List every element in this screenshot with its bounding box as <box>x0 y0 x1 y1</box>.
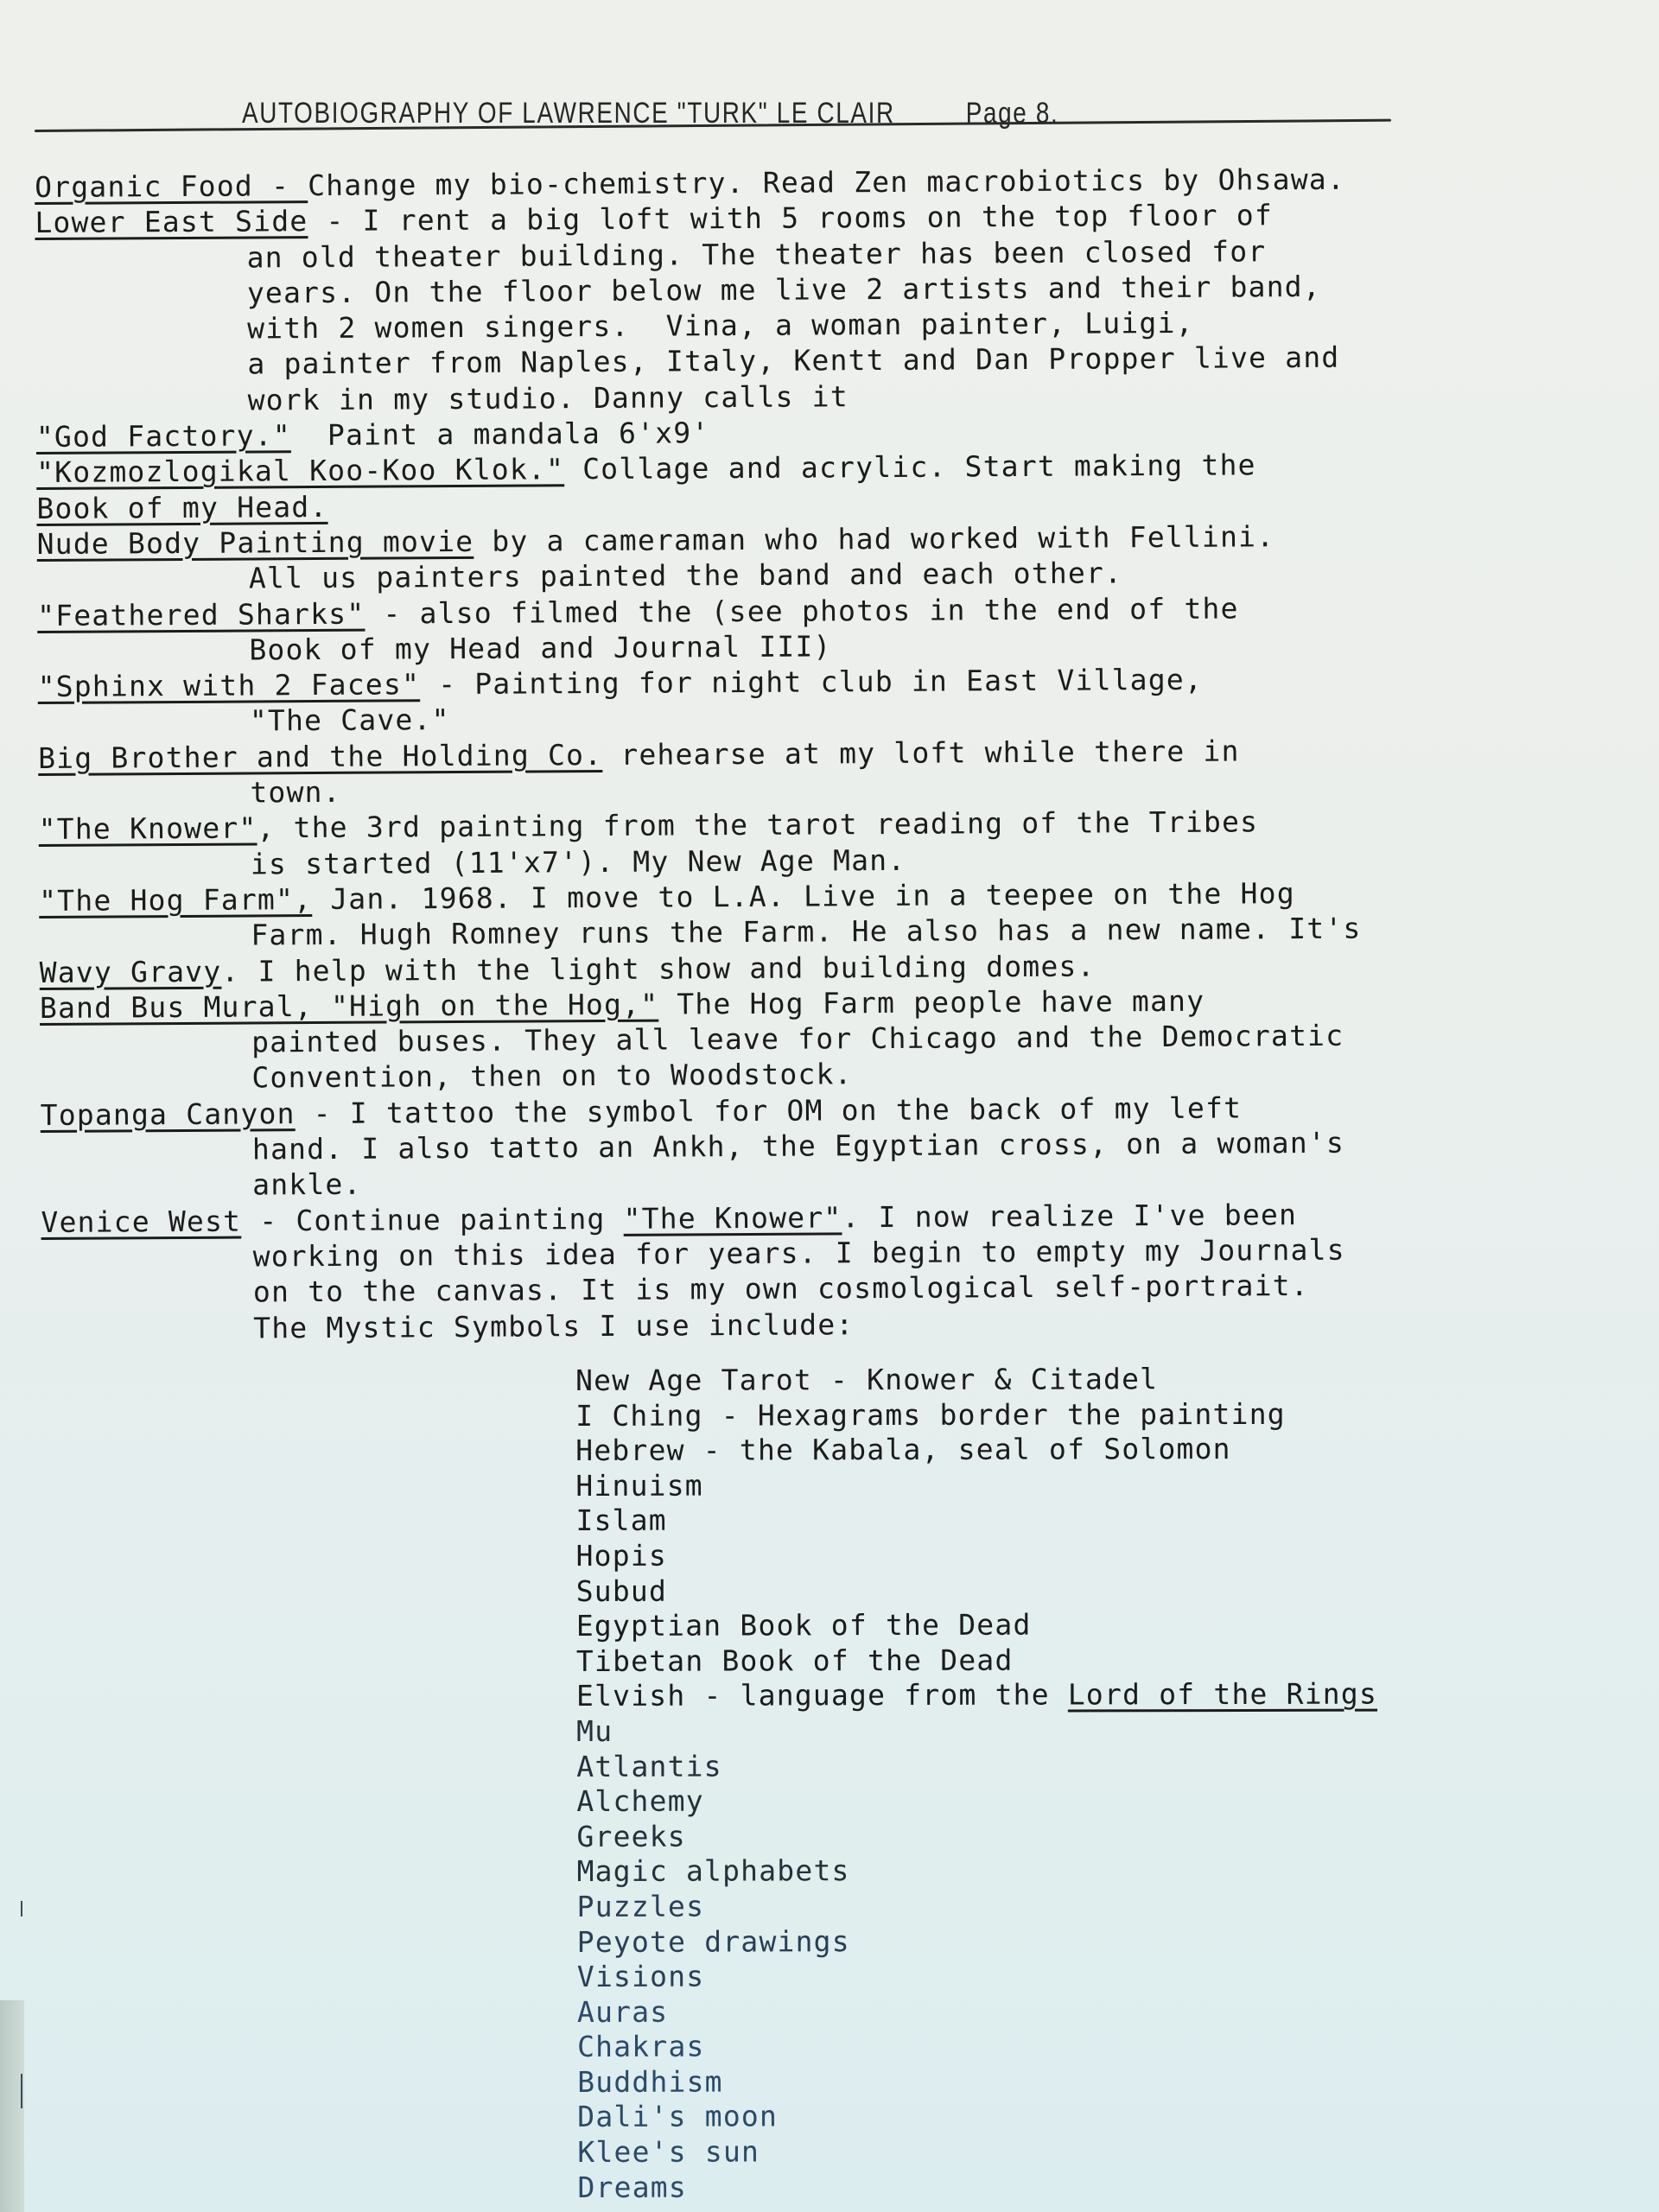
inline-title-the-knower: "The Knower" <box>623 1200 842 1236</box>
entry-heading: "Sphinx with 2 Faces" <box>38 667 421 703</box>
entry-text: , the 3rd painting from the tarot readin… <box>257 805 1258 845</box>
mystic-symbols-list: New Age Tarot - Knower & Citadel I Ching… <box>575 1362 1379 2206</box>
entry-text: Jan. 1968. I move to L.A. Live in a teep… <box>312 876 1295 916</box>
list-item: Hinuism <box>575 1466 1376 1503</box>
entry-heading: Organic Food - <box>35 168 308 204</box>
stray-mark <box>21 1901 22 1916</box>
list-item: Puzzles <box>577 1887 1378 1924</box>
entry-heading: Big Brother and the Holding Co. <box>38 738 602 775</box>
list-item: Magic alphabets <box>576 1853 1377 1890</box>
entry-text-after: . I now realize I've been <box>842 1198 1297 1234</box>
list-item: Klee's sun <box>577 2133 1378 2171</box>
entry-heading: Book of my Head. <box>36 490 327 525</box>
entry-heading: "Feathered Sharks" <box>37 596 365 632</box>
list-item: Alchemy <box>576 1783 1377 1820</box>
entry-heading: Band Bus Mural, "High on the Hog," <box>40 987 659 1024</box>
entry-text: . I help with the light show and buildin… <box>221 949 1095 988</box>
entry-heading: Wavy Gravy <box>40 954 222 988</box>
entry-text: Collage and acrylic. Start making the <box>564 448 1256 486</box>
list-item: Dali's moon <box>577 2098 1378 2135</box>
entry-text: The Hog Farm people have many <box>658 984 1205 1021</box>
autobiography-body: Organic Food - Change my bio-chemistry. … <box>35 160 1631 1347</box>
entry-heading: "God Factory." <box>36 418 291 454</box>
stray-mark <box>21 2074 22 2108</box>
list-item: I Ching - Hexagrams border the painting <box>575 1396 1376 1433</box>
entry-heading: Venice West <box>41 1204 241 1238</box>
list-item: Islam <box>575 1502 1376 1539</box>
entry-text: - Painting for night club in East Villag… <box>420 663 1203 702</box>
list-item: Hopis <box>576 1537 1377 1574</box>
lord-of-the-rings-title: Lord of the Rings <box>1068 1677 1377 1712</box>
list-item: New Age Tarot - Knower & Citadel <box>575 1362 1376 1399</box>
entry-text: - Continue painting <box>241 1201 624 1237</box>
list-item: Egyptian Book of the Dead <box>576 1607 1377 1644</box>
entry-text: Paint a mandala 6'x9' <box>291 416 710 452</box>
list-item: Chakras <box>577 2028 1378 2065</box>
list-item: Visions <box>577 1958 1378 1995</box>
list-item: Subud <box>576 1572 1377 1609</box>
entry-heading: "The Knower" <box>39 811 257 847</box>
entry-heading: "The Hog Farm", <box>39 882 312 918</box>
entry-text: by a cameraman who had worked with Felli… <box>474 519 1274 558</box>
list-item: Tibetan Book of the Dead <box>576 1642 1377 1679</box>
entry-heading: Lower East Side <box>35 204 308 239</box>
entry-heading: Nude Body Painting movie <box>37 524 474 561</box>
entry-text: - I rent a big loft with 5 rooms on the … <box>308 199 1273 238</box>
entry-heading: "Kozmozlogikal Koo-Koo Klok." <box>36 453 564 490</box>
list-item-text: Elvish - language from the <box>576 1678 1068 1713</box>
entry-text: rehearse at my loft while there in <box>602 734 1240 772</box>
list-item: Greeks <box>576 1817 1377 1854</box>
list-item: Buddhism <box>577 2063 1378 2100</box>
list-item: Dreams <box>577 2168 1378 2205</box>
list-item-elvish: Elvish - language from the Lord of the R… <box>576 1677 1377 1714</box>
entry-text: Change my bio-chemistry. Read Zen macrob… <box>308 162 1345 202</box>
entry-text: - I tattoo the symbol for OM on the back… <box>296 1090 1243 1130</box>
list-item: Hebrew - the Kabala, seal of Solomon <box>575 1432 1376 1469</box>
list-item: Mu <box>576 1713 1377 1750</box>
list-item: Peyote drawings <box>577 1923 1378 1960</box>
document-page: AUTOBIOGRAPHY OF LAWRENCE "TURK" LE CLAI… <box>0 0 1659 2212</box>
entry-heading: Topanga Canyon <box>41 1096 296 1132</box>
list-item: Auras <box>577 1993 1378 2030</box>
list-item: Atlantis <box>576 1747 1377 1784</box>
entry-text: - also filmed the (see photos in the end… <box>365 591 1238 630</box>
